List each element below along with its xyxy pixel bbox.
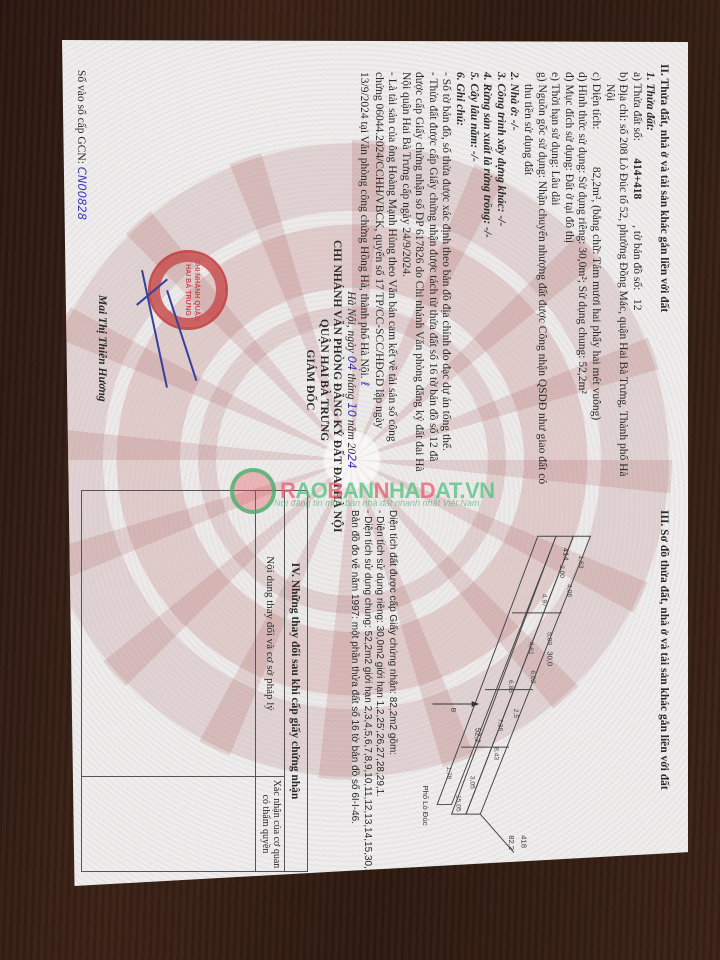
parcel-number-value: 414+418 <box>631 158 643 199</box>
official-red-stamp: CHI NHÁNH QUẬN HAI BÀ TRƯNG <box>148 250 228 330</box>
date-year: 24 <box>345 454 359 469</box>
year-prefix: năm 20 <box>345 420 357 454</box>
plot-note: Diện tích đất được cấp Giấy chứng nhận: … <box>386 510 399 886</box>
changes-table: IV. Những thay đổi sau khi cấp giấy chứn… <box>81 490 308 872</box>
street-label: Phố Lò Đúc <box>421 785 430 825</box>
plot-area-shared: 52,2 <box>474 728 483 743</box>
watermark-logo-icon <box>230 468 276 514</box>
none-mark: -/- <box>481 227 493 238</box>
svg-text:1,63: 1,63 <box>577 555 584 568</box>
usage-form: d) Hình thức sử dụng: Sử dụng riêng: 30,… <box>575 64 589 484</box>
svg-text:4,61: 4,61 <box>527 642 534 655</box>
other-works-label: 3. Công trình xây dựng khác: <box>495 72 507 212</box>
note-line: - Số tờ bản đồ, số thửa được xác định th… <box>439 64 453 484</box>
serial-value: CN00828 <box>75 167 89 220</box>
perennial-label: 5. Cây lâu năm: <box>468 72 480 148</box>
signer-name: Mai Thị Thiên Hương <box>94 295 108 402</box>
plot-area-total: 82,2 <box>507 835 516 850</box>
svg-text:15,05: 15,05 <box>454 795 461 812</box>
usage-term: e) Thời hạn sử dụng: Lâu dài <box>548 64 562 484</box>
serial-label: Số vào sổ cấp GCN: <box>75 70 87 164</box>
parcel-label: 1. Thửa đất: <box>643 64 657 484</box>
usage-origin: g) Nguồn gốc sử dụng: Nhận chuyển nhượng… <box>534 64 548 484</box>
initials-mark: ℓ <box>358 381 372 386</box>
map-sheet-value: 12 <box>631 299 643 311</box>
plot-note: Bản đồ đo vẽ năm 1997: một phần thửa đất… <box>348 510 361 886</box>
note-line: - Là tài sản của ông Hoàng Mạnh Hùng the… <box>385 64 399 484</box>
note-line: 13/9/2024 tại Văn phòng công chứng Hồng … <box>358 72 370 379</box>
forest-label: 4. Rừng sản xuất là rừng trồng: <box>481 72 493 224</box>
usage-purpose: đ) Mục đích sử dụng: Đất ở tại đô thị <box>561 64 575 484</box>
plot-label-418: 418 <box>520 835 529 848</box>
address-cont: Nội <box>602 64 616 484</box>
svg-text:B: B <box>450 708 457 713</box>
col-change-content: Nội dung thay đổi và cơ sở pháp lý <box>256 491 284 776</box>
note-line: chứng 06044.2024/CCHH/VBCK, quyển số 17 … <box>371 64 385 484</box>
svg-text:1,78: 1,78 <box>445 766 452 779</box>
date-prefix: Hà Nội, ngày <box>345 291 357 353</box>
svg-text:5,09: 5,09 <box>545 632 552 645</box>
notes-label: 6. Ghi chú: <box>453 64 467 484</box>
svg-text:6,02: 6,02 <box>529 670 536 683</box>
house-label: 2. Nhà ở: <box>508 72 520 117</box>
map-sheet-label: , tờ bản đồ số: <box>631 225 643 290</box>
plot-label-414: 414 <box>562 548 571 562</box>
usage-origin-cont: thu tiền sử dụng đất <box>520 64 534 484</box>
none-mark: -/- <box>495 215 507 226</box>
note-line: - Thửa đất được cấp Giấy chứng nhận được… <box>425 64 439 484</box>
column-divider <box>82 776 257 777</box>
address: b) Địa chỉ: số 208 Lò Đúc tổ 52, phường … <box>616 64 630 484</box>
watermark-tagline: Nơi đăng tin mua bán nhà đất nhanh nhất … <box>274 498 479 508</box>
date-day: 04 <box>345 356 359 371</box>
section-2: II. Thửa đất, nhà ở và tài sản khác gắn … <box>356 64 670 484</box>
parcel-sketch-map: 1,634,065,09 6,022,58,43 2,004,617,36 3,… <box>418 490 648 870</box>
plot-note: - Diện tích sử dụng riêng: 30,0m2 giới h… <box>373 510 386 886</box>
svg-text:2,5: 2,5 <box>512 709 519 719</box>
none-mark: -/- <box>508 120 520 131</box>
plot-note: - Diện tích sử dụng chung: 52,2m2 giới h… <box>361 510 374 886</box>
svg-text:4,97: 4,97 <box>541 594 548 607</box>
land-certificate-page: II. Thửa đất, nhà ở và tài sản khác gắn … <box>62 40 688 886</box>
note-line: được cấp Giấy chứng nhận số DP 617826 do… <box>412 64 426 484</box>
plot-area-notes: Diện tích đất được cấp Giấy chứng nhận: … <box>348 510 398 886</box>
rotated-content: II. Thửa đất, nhà ở và tài sản khác gắn … <box>62 40 688 886</box>
section-2-heading: II. Thửa đất, nhà ở và tài sản khác gắn … <box>656 64 670 484</box>
plot-area-private: 30,0 <box>545 651 554 666</box>
watermark: RAOBANNHADAT.VN Nơi đăng tin mua bán nhà… <box>230 468 495 514</box>
svg-text:7,36: 7,36 <box>497 718 504 731</box>
none-mark: -/- <box>468 151 480 162</box>
svg-text:4,06: 4,06 <box>566 584 573 597</box>
svg-text:2,00: 2,00 <box>558 565 565 578</box>
svg-text:3,05: 3,05 <box>469 776 476 789</box>
note-line: Nội quận Hai Bà Trưng cấp ngày 24/9/2024… <box>398 64 412 484</box>
section-4-heading: IV. Những thay đổi sau khi cấp giấy chứn… <box>289 491 301 871</box>
area-label: c) Diện tích: <box>590 72 602 129</box>
svg-text:6,85: 6,85 <box>507 680 514 693</box>
section-3-heading: III. Sơ đồ thửa đất, nhà ở và tài sản kh… <box>656 510 670 790</box>
serial-number: Số vào sổ cấp GCN: CN00828 <box>73 70 88 220</box>
col-authority-confirmation: Xác nhận của cơ quan có thẩm quyền <box>254 776 284 871</box>
month-prefix: tháng <box>345 373 357 399</box>
parcel-number-label: a) Thửa đất số: <box>631 72 643 141</box>
date-month: 10 <box>345 402 359 417</box>
changes-table-header: Nội dung thay đổi và cơ sở pháp lý Xác n… <box>255 491 285 871</box>
svg-text:8,43: 8,43 <box>493 747 500 760</box>
area-value: 82,2m², (bằng chữ: Tám mươi hai phẩy hai… <box>590 167 602 420</box>
